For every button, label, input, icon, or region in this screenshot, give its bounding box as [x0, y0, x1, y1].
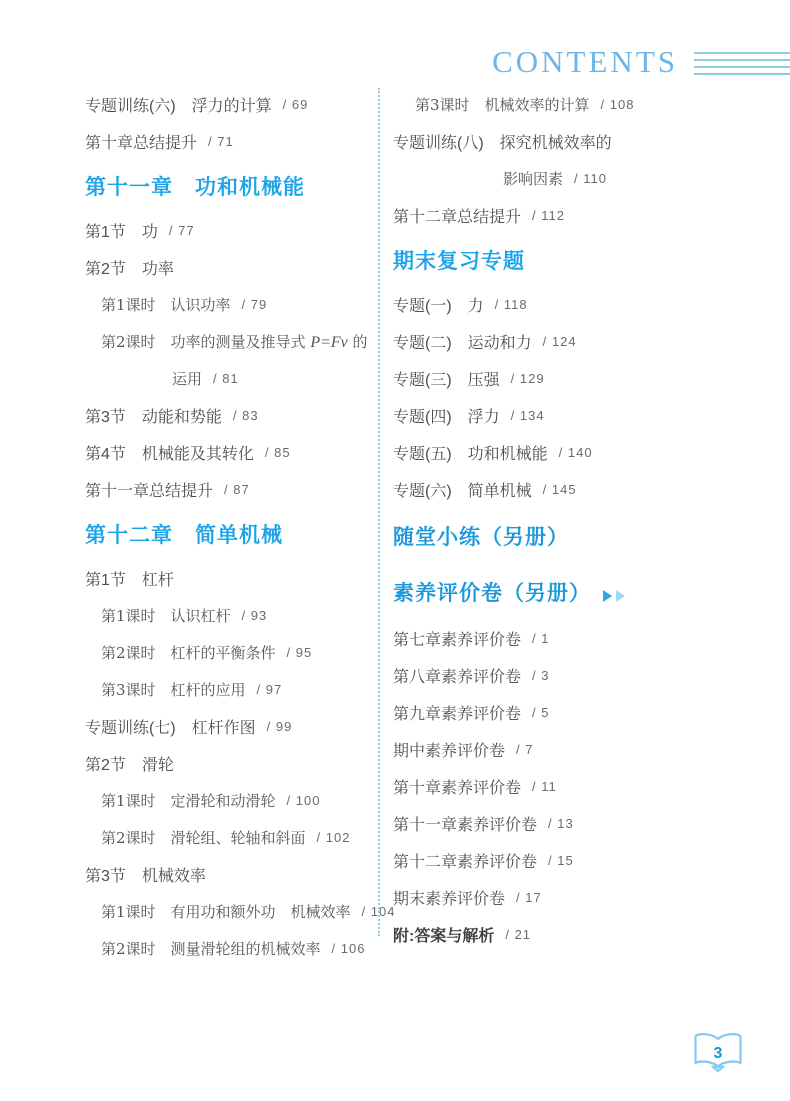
toc-entry-label: 第2课时 测量滑轮组的机械效率: [101, 938, 321, 959]
toc-left-column: 专题训练(六) 浮力的计算/ 69第十章总结提升/ 71第十一章 功和机械能第1…: [85, 86, 378, 967]
toc-entry-label: 专题(五) 功和机械能: [393, 441, 548, 464]
toc-entry: 第3课时 杠杆的应用/ 97: [85, 671, 378, 708]
toc-entry: 第1课时 认识功率/ 79: [85, 286, 378, 323]
toc-page-number: / 87: [224, 482, 250, 497]
toc-section-heading: 期末复习专题: [393, 234, 780, 286]
toc-entry-label: 第2节 滑轮: [85, 752, 174, 775]
toc-page-number: / 77: [169, 223, 195, 238]
toc-page-number: / 129: [511, 371, 545, 386]
toc-entry: 第3节 机械效率: [85, 856, 378, 893]
toc-entry: 第2课时 滑轮组、轮轴和斜面/ 102: [85, 819, 378, 856]
toc-entry-label: 第3课时 杠杆的应用: [101, 679, 246, 700]
toc-entry: 第十一章素养评价卷/ 13: [393, 805, 780, 842]
toc-page-number: / 1: [532, 631, 549, 646]
toc-entry: 专题训练(八) 探究机械效率的: [393, 123, 780, 160]
toc-page-number: / 108: [601, 97, 635, 112]
toc-columns: 专题训练(六) 浮力的计算/ 69第十章总结提升/ 71第十一章 功和机械能第1…: [85, 86, 780, 967]
open-book-icon: 3: [691, 1030, 745, 1076]
toc-entry: 专题(二) 运动和力/ 124: [393, 323, 780, 360]
toc-page-number: / 13: [548, 816, 574, 831]
toc-page-number: / 95: [287, 645, 313, 660]
toc-section-heading: 随堂小练（另册）: [393, 508, 780, 564]
toc-entry-label: 第十一章总结提升: [85, 478, 213, 501]
toc-entry-label: 第九章素养评价卷: [393, 701, 521, 724]
toc-entry-label: 影响因素: [503, 168, 563, 189]
toc-page-number: / 69: [283, 97, 309, 112]
toc-entry: 第十二章总结提升/ 112: [393, 197, 780, 234]
toc-entry: 影响因素/ 110: [393, 160, 780, 197]
header-lines-decoration: [694, 52, 790, 80]
toc-page-number: / 79: [242, 297, 268, 312]
toc-entry: 第1课时 有用功和额外功 机械效率/ 104: [85, 893, 378, 930]
toc-entry-label: 第2节 功率: [85, 256, 174, 279]
toc-entry: 期末素养评价卷/ 17: [393, 879, 780, 916]
toc-entry-label: 专题(三) 压强: [393, 367, 500, 390]
toc-page-number: / 71: [208, 134, 234, 149]
toc-entry: 专题(五) 功和机械能/ 140: [393, 434, 780, 471]
toc-right-column: 第3课时 机械效率的计算/ 108专题训练(八) 探究机械效率的影响因素/ 11…: [380, 86, 780, 953]
toc-entry: 运用/ 81: [85, 360, 378, 397]
toc-entry-label: 第八章素养评价卷: [393, 664, 521, 687]
toc-entry-label: 专题(二) 运动和力: [393, 330, 532, 353]
toc-entry-label: 第4节 机械能及其转化: [85, 441, 254, 464]
toc-entry: 第八章素养评价卷/ 3: [393, 657, 780, 694]
toc-entry: 第3节 动能和势能/ 83: [85, 397, 378, 434]
toc-page-number: / 5: [532, 705, 549, 720]
toc-entry-label: 期末复习专题: [393, 245, 525, 275]
toc-entry-label: 专题训练(八) 探究机械效率的: [393, 130, 612, 153]
toc-section-heading: 第十一章 功和机械能: [85, 160, 378, 212]
toc-entry-label: 附:答案与解析: [393, 923, 494, 946]
contents-page: CONTENTS 专题训练(六) 浮力的计算/ 69第十章总结提升/ 71第十一…: [0, 0, 790, 1101]
toc-entry-label: 第1节 功: [85, 219, 158, 242]
toc-entry: 专题(六) 简单机械/ 145: [393, 471, 780, 508]
toc-page-number: / 124: [543, 334, 577, 349]
toc-entry-label: 专题(四) 浮力: [393, 404, 500, 427]
toc-entry: 第2课时 测量滑轮组的机械效率/ 106: [85, 930, 378, 967]
toc-section-heading: 素养评价卷（另册）: [393, 564, 780, 620]
toc-page-number: / 17: [516, 890, 542, 905]
toc-page-number: / 21: [505, 927, 531, 942]
page-number: 3: [714, 1045, 723, 1062]
toc-entry-label: 第3节 机械效率: [85, 863, 206, 886]
toc-entry-label: 专题(一) 力: [393, 293, 484, 316]
toc-entry: 第2课时 杠杆的平衡条件/ 95: [85, 634, 378, 671]
toc-page-number: / 99: [267, 719, 293, 734]
double-arrow-icon: [603, 590, 629, 602]
toc-entry-label: 期中素养评价卷: [393, 738, 505, 761]
toc-page-number: / 7: [516, 742, 533, 757]
toc-entry-label: 专题训练(六) 浮力的计算: [85, 93, 272, 116]
page-number-book-icon: 3: [691, 1030, 745, 1076]
toc-entry-label: 第1课时 认识杠杆: [101, 605, 231, 626]
toc-entry-label: 第十二章 简单机械: [85, 519, 283, 549]
toc-entry-label: 第十二章总结提升: [393, 204, 521, 227]
toc-page-number: / 110: [574, 171, 607, 186]
toc-entry-label: 期末素养评价卷: [393, 886, 505, 909]
toc-section-heading: 第十二章 简单机械: [85, 508, 378, 560]
toc-page-number: / 15: [548, 853, 574, 868]
toc-page-number: / 102: [317, 830, 351, 845]
toc-entry-label: 第2课时 杠杆的平衡条件: [101, 642, 276, 663]
toc-page-number: / 112: [532, 208, 565, 223]
toc-page-number: / 85: [265, 445, 291, 460]
toc-entry-label: 第3课时 机械效率的计算: [415, 94, 590, 115]
toc-page-number: / 97: [257, 682, 283, 697]
math-expression: P=Fv: [310, 334, 347, 351]
toc-entry-label: 第十章总结提升: [85, 130, 197, 153]
toc-entry-label: 专题(六) 简单机械: [393, 478, 532, 501]
toc-entry-label: 第1课时 有用功和额外功 机械效率: [101, 901, 351, 922]
toc-page-number: / 134: [511, 408, 545, 423]
toc-entry-label: 第1课时 认识功率: [101, 294, 231, 315]
toc-entry-label: 第3节 动能和势能: [85, 404, 222, 427]
toc-entry-label: 第十一章 功和机械能: [85, 171, 305, 201]
page-title: CONTENTS: [492, 44, 678, 80]
toc-entry: 专题训练(七) 杠杆作图/ 99: [85, 708, 378, 745]
toc-entry-label: 第十一章素养评价卷: [393, 812, 537, 835]
toc-entry: 第1节 功/ 77: [85, 212, 378, 249]
toc-entry-label: 第十章素养评价卷: [393, 775, 521, 798]
toc-entry: 专题(四) 浮力/ 134: [393, 397, 780, 434]
toc-page-number: / 145: [543, 482, 577, 497]
toc-entry-label: 随堂小练（另册）: [393, 521, 569, 551]
toc-entry-label: 第2课时 滑轮组、轮轴和斜面: [101, 827, 306, 848]
toc-entry-label: 第十二章素养评价卷: [393, 849, 537, 872]
toc-page-number: / 118: [495, 297, 528, 312]
toc-entry-label: 素养评价卷（另册）: [393, 577, 591, 607]
toc-entry: 第十二章素养评价卷/ 15: [393, 842, 780, 879]
toc-entry: 第2课时 功率的测量及推导式 P=Fv 的: [85, 323, 378, 360]
toc-page-number: / 93: [242, 608, 268, 623]
toc-entry: 第十一章总结提升/ 87: [85, 471, 378, 508]
toc-entry: 第1课时 定滑轮和动滑轮/ 100: [85, 782, 378, 819]
toc-entry: 第七章素养评价卷/ 1: [393, 620, 780, 657]
toc-entry: 第九章素养评价卷/ 5: [393, 694, 780, 731]
toc-entry-label: 第2课时 功率的测量及推导式 P=Fv 的: [101, 331, 368, 352]
toc-page-number: / 140: [559, 445, 593, 460]
toc-entry: 专题(三) 压强/ 129: [393, 360, 780, 397]
toc-page-number: / 100: [287, 793, 321, 808]
toc-page-number: / 106: [332, 941, 366, 956]
toc-entry-label: 第1节 杠杆: [85, 567, 174, 590]
toc-entry: 附:答案与解析/ 21: [393, 916, 780, 953]
toc-entry: 期中素养评价卷/ 7: [393, 731, 780, 768]
toc-page-number: / 81: [213, 371, 239, 386]
toc-entry: 第十章素养评价卷/ 11: [393, 768, 780, 805]
toc-page-number: / 3: [532, 668, 549, 683]
toc-entry: 第4节 机械能及其转化/ 85: [85, 434, 378, 471]
toc-entry: 第3课时 机械效率的计算/ 108: [393, 86, 780, 123]
toc-entry: 第1节 杠杆: [85, 560, 378, 597]
toc-entry: 第2节 功率: [85, 249, 378, 286]
toc-entry: 第1课时 认识杠杆/ 93: [85, 597, 378, 634]
toc-entry: 第2节 滑轮: [85, 745, 378, 782]
toc-entry-label: 运用: [172, 368, 202, 389]
toc-entry: 专题训练(六) 浮力的计算/ 69: [85, 86, 378, 123]
toc-entry-label: 专题训练(七) 杠杆作图: [85, 715, 256, 738]
toc-entry-label: 第1课时 定滑轮和动滑轮: [101, 790, 276, 811]
toc-entry-label: 第七章素养评价卷: [393, 627, 521, 650]
toc-page-number: / 83: [233, 408, 259, 423]
toc-entry: 第十章总结提升/ 71: [85, 123, 378, 160]
toc-entry: 专题(一) 力/ 118: [393, 286, 780, 323]
toc-page-number: / 11: [532, 779, 557, 794]
